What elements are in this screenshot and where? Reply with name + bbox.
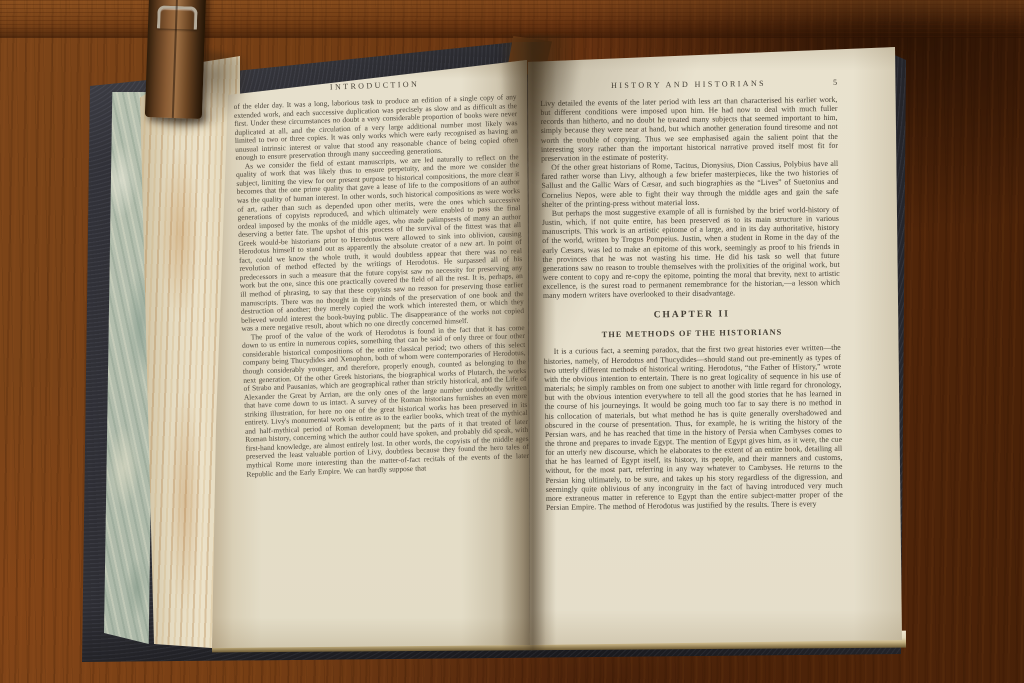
right-running-header: HISTORY AND HISTORIANS: [570, 78, 807, 90]
paragraph: But perhaps the most suggestive example …: [542, 205, 840, 301]
paragraph: It is a curious fact, a seeming paradox,…: [544, 343, 843, 512]
right-page-header: HISTORY AND HISTORIANS 5: [540, 78, 837, 91]
left-page: 4 INTRODUCTION of the elder day. It was …: [210, 55, 532, 653]
paragraph: of the elder day. It was a long, laborio…: [234, 93, 519, 163]
chapter-heading: CHAPTER II: [543, 308, 840, 322]
clothespin: [145, 0, 206, 119]
left-page-text: 4 INTRODUCTION of the elder day. It was …: [233, 76, 530, 479]
paragraph: Of the other great historians of Rome, T…: [541, 159, 839, 209]
paragraph: Livy detailed the events of the later pe…: [540, 95, 838, 163]
paragraph: The proof of the value of the work of He…: [242, 324, 530, 479]
right-page-text: HISTORY AND HISTORIANS 5 Livy detailed t…: [540, 78, 843, 512]
chapter-subheading: THE METHODS OF THE HISTORIANS: [543, 327, 840, 340]
paragraph: As we consider the field of extant manus…: [236, 153, 525, 334]
right-page: HISTORY AND HISTORIANS 5 Livy detailed t…: [525, 40, 907, 652]
right-page-number: 5: [807, 78, 837, 87]
clothespin-spring-wire: [157, 5, 198, 29]
